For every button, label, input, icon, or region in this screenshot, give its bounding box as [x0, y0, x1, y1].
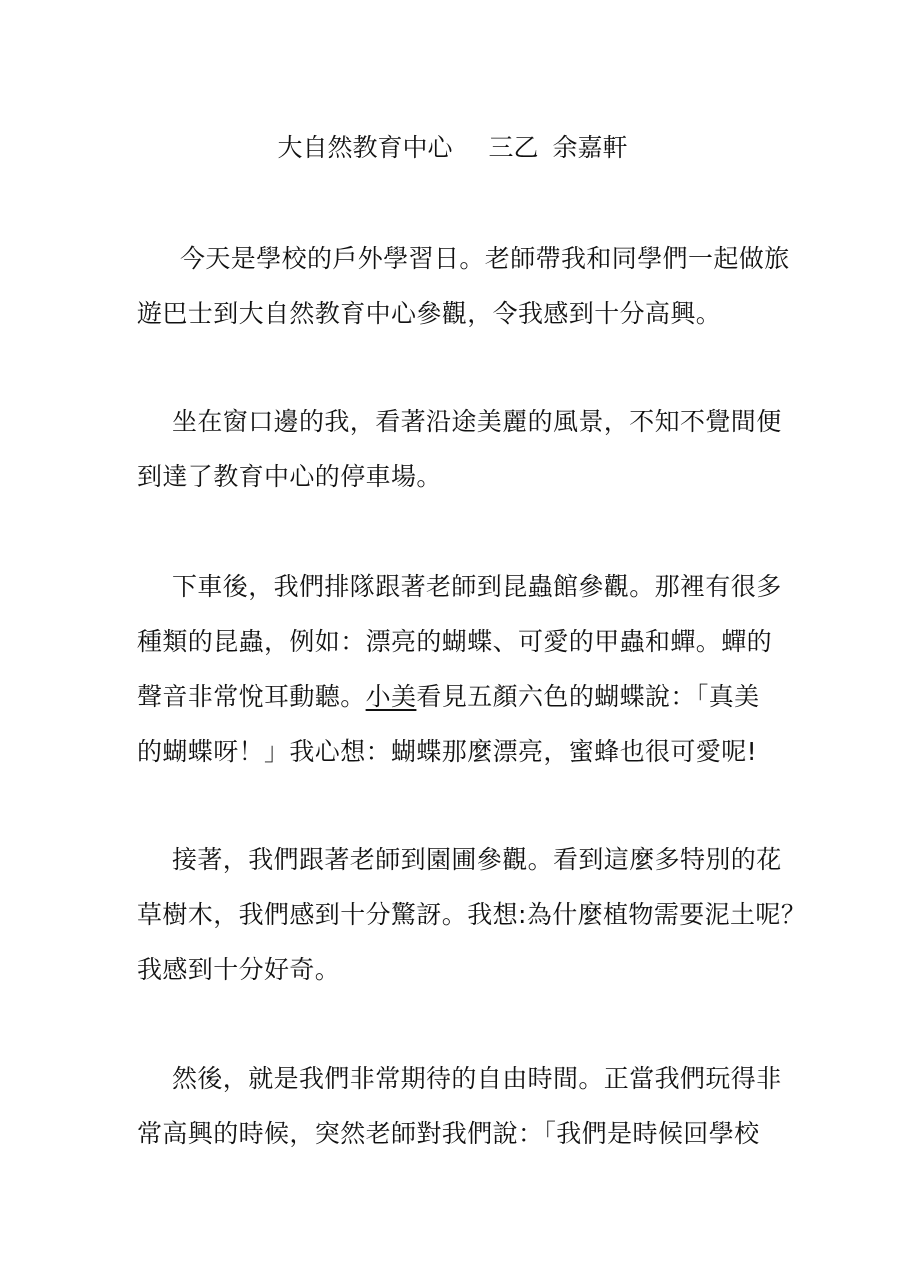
paragraph-1-line-2: 遊巴士到大自然教育中心參觀，令我感到十分高興。: [137, 297, 721, 331]
paragraph-5-line-1: 然後，就是我們非常期待的自由時間。正當我們玩得非: [172, 1062, 782, 1096]
paragraph-3-line-4: 的蝴蝶呀！」我心想：蝴蝶那麼漂亮，蜜蜂也很可愛呢!: [137, 735, 757, 769]
title-author: 余嘉軒: [553, 133, 628, 162]
paragraph-3-line-1: 下車後，我們排隊跟著老師到昆蟲館參觀。那裡有很多: [172, 570, 782, 604]
line-text-before: 聲音非常悅耳動聽。: [137, 682, 366, 711]
paragraph-4-line-3: 我感到十分好奇。: [137, 953, 340, 987]
paragraph-5-line-2: 常高興的時候，突然老師對我們說：「我們是時候回學校: [137, 1117, 760, 1151]
title-class: 三乙: [488, 133, 538, 162]
title-place: 大自然教育中心: [277, 133, 452, 162]
line-text-after: 看見五顏六色的蝴蝶說：「真美: [416, 682, 759, 711]
paragraph-3-line-2: 種類的昆蟲，例如：漂亮的蝴蝶、可愛的甲蟲和蟬。蟬的: [137, 625, 772, 659]
paragraph-3-line-3: 聲音非常悅耳動聽。小美看見五顏六色的蝴蝶說：「真美: [137, 680, 760, 714]
paragraph-4-line-1: 接著，我們跟著老師到園圃參觀。看到這麼多特別的花: [172, 843, 782, 877]
paragraph-2-line-2: 到達了教育中心的停車場。: [137, 460, 442, 494]
document-title: 大自然教育中心三乙余嘉軒: [0, 131, 905, 165]
paragraph-4-line-2: 草樹木，我們感到十分驚訝。我想:為什麼植物需要泥土呢？: [137, 898, 806, 932]
paragraph-2-line-1: 坐在窗口邊的我，看著沿途美麗的風景，不知不覺間便: [172, 405, 782, 439]
paragraph-1-line-1: 今天是學校的戶外學習日。老師帶我和同學們一起做旅: [180, 242, 790, 276]
document-page: 大自然教育中心三乙余嘉軒 今天是學校的戶外學習日。老師帶我和同學們一起做旅 遊巴…: [0, 0, 905, 1280]
underlined-name: 小美: [366, 682, 417, 711]
